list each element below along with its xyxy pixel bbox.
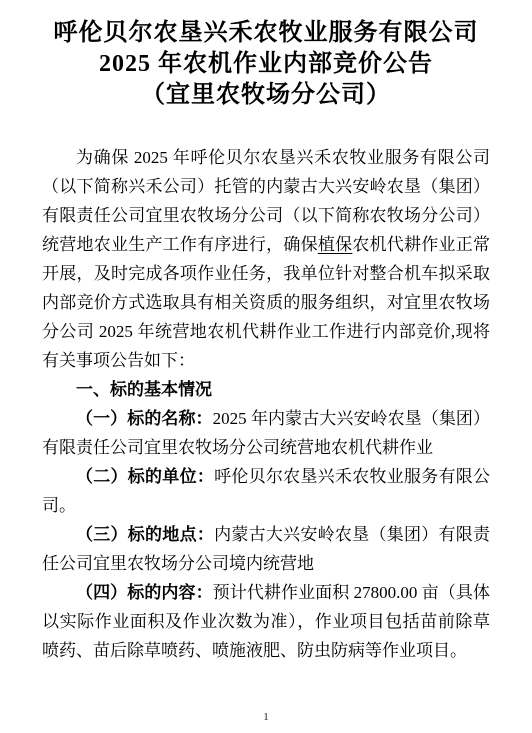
item-paragraph-2: （二）标的单位：呼伦贝尔农垦兴禾农牧业服务有限公司。 — [42, 462, 490, 520]
item-label-4: （四）标的内容： — [76, 583, 213, 602]
title-line-3: （宜里农牧场分公司） — [42, 80, 490, 111]
title-line-2: 2025 年农机作业内部竞价公告 — [42, 49, 490, 80]
intro-paragraph: 为确保 2025 年呼伦贝尔农垦兴禾农牧业服务有限公司（以下简称兴禾公司）托管的… — [42, 143, 490, 375]
document-content: 呼伦贝尔农垦兴禾农牧业服务有限公司 2025 年农机作业内部竞价公告 （宜里农牧… — [42, 18, 490, 665]
item-paragraph-4: （四）标的内容：预计代耕作业面积 27800.00 亩（具体以实际作业面积及作业… — [42, 578, 490, 665]
document-page: 呼伦贝尔农垦兴禾农牧业服务有限公司 2025 年农机作业内部竞价公告 （宜里农牧… — [0, 0, 532, 733]
document-title: 呼伦贝尔农垦兴禾农牧业服务有限公司 2025 年农机作业内部竞价公告 （宜里农牧… — [42, 18, 490, 111]
item-label-3: （三）标的地点： — [76, 525, 214, 544]
item-label-2: （二）标的单位： — [76, 467, 214, 486]
item-label-1: （一）标的名称： — [76, 409, 213, 428]
section-heading: 一、标的基本情况 — [42, 375, 490, 404]
item-paragraph-3: （三）标的地点：内蒙古大兴安岭农垦（集团）有限责任公司宜里农牧场分公司境内统营地 — [42, 520, 490, 578]
intro-text-post: 农机代耕作业正常开展，及时完成各项作业任务，我单位针对整合机车拟采取内部竞价方式… — [42, 235, 490, 370]
document-body: 为确保 2025 年呼伦贝尔农垦兴禾农牧业服务有限公司（以下简称兴禾公司）托管的… — [42, 143, 490, 665]
underlined-term: 植保 — [318, 235, 352, 254]
title-line-1: 呼伦贝尔农垦兴禾农牧业服务有限公司 — [42, 18, 490, 49]
page-number: 1 — [0, 711, 532, 723]
item-paragraph-1: （一）标的名称：2025 年内蒙古大兴安岭农垦（集团）有限责任公司宜里农牧场分公… — [42, 404, 490, 462]
